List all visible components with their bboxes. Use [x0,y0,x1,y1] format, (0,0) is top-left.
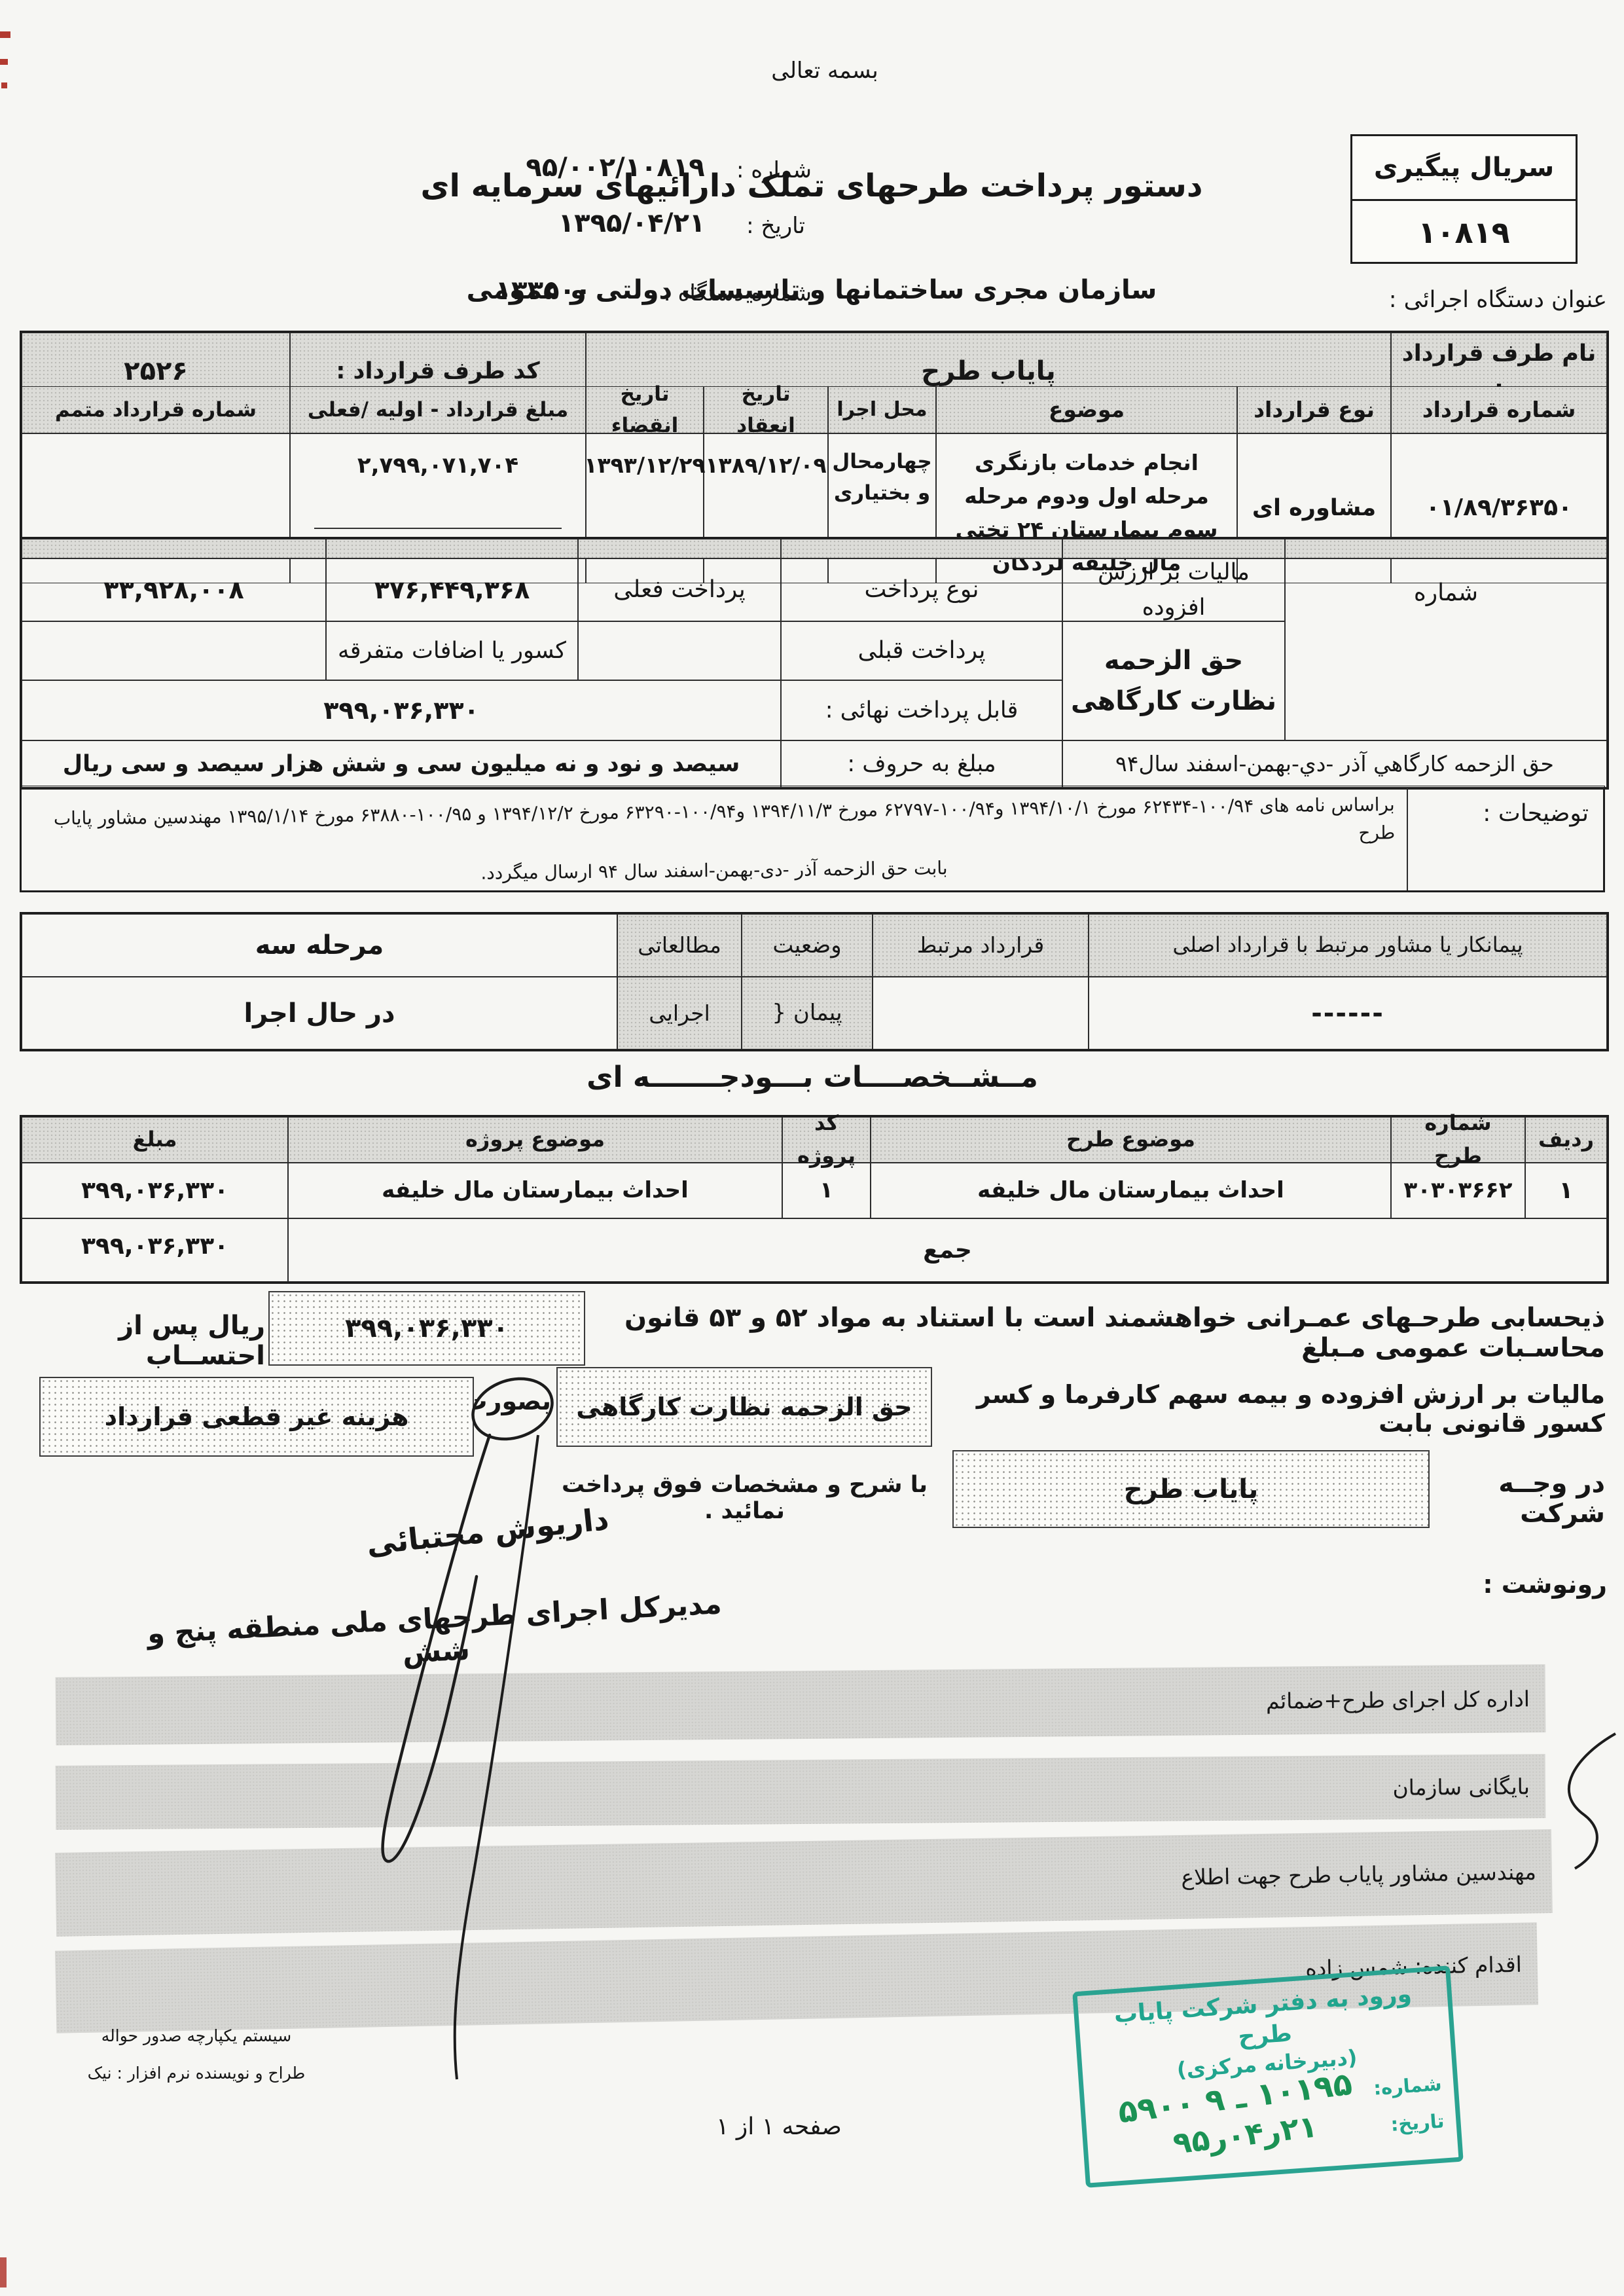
order-line2-text: مالیات بر ارزش افزوده و بیمه سهم کارفرما… [931,1380,1605,1438]
payment-strip-cell [326,539,578,558]
cc-item-label: بایگانی سازمان [1392,1774,1530,1800]
related-contract-header: قرارداد مرتبط [873,914,1089,977]
budget-amount: ۳۹۹,۰۳۶,۳۳۰ [22,1163,288,1218]
budget-project-subject: احداث بیمارستان مال خلیفه [288,1163,782,1218]
device-number-label: شماره دستگاه : [622,280,812,306]
cc-item-row: مهندسین مشاور پایاب طرح جهت اطلاع [55,1829,1553,1937]
serial-tracking-label: سریال پیگیری [1352,136,1576,201]
payment-strip-cell [22,539,326,558]
contract-col-header: شماره قرارداد متمم [22,386,290,433]
payment-deductions-label: کسور یا اضافات متفرقه [326,621,578,680]
footer-system-line1: سیستم یکپارچه صدور حواله [92,2026,301,2045]
related-contract-table: پیمانکار یا مشاور مرتبط با قرارداد اصلی … [20,912,1609,1051]
notes-line1: براساس نامه های ۱۰۰/۹۴-۶۲۴۳۴ مورخ ۱۳۹۴/۱… [33,790,1396,862]
contract-amount-divider [314,528,562,529]
notes-box: توضیحات : براساس نامه های ۱۰۰/۹۴-۶۲۴۳۴ م… [20,786,1605,892]
contract-col-header: محل اجرا [828,386,936,433]
exec-device-label: عنوان دستگاه اجرائی : [1384,287,1607,313]
budget-col-header: مبلغ [22,1117,288,1163]
related-study-header: مطالعاتی [617,914,742,977]
doc-date-value: ۱۳۹۵/۰۴/۲۱ [547,208,717,238]
payment-final-value: ۳۹۹,۰۳۶,۳۳۰ [22,680,781,740]
payment-type-header: نوع پرداخت [781,558,1062,621]
payment-type-detail: حق الزحمه کارگاهي آذر -دي-بهمن-اسفند سال… [1062,740,1607,788]
contract-col-header: مبلغ قرارداد - اولیه /فعلی [290,386,586,433]
stamp-date-label: تاریخ: [1390,2109,1445,2136]
scan-red-mark [1,82,7,88]
cc-item-label: مهندسین مشاور پایاب طرح جهت اطلاع [1181,1859,1536,1890]
scan-red-mark [0,2257,7,2287]
payment-words-label: مبلغ به حروف : [781,740,1062,788]
order-line1-tail: ریال پس از احتســاب [72,1311,265,1371]
payment-table: نوع پرداخت شماره پرداخت فعلی ۳۷۶,۴۴۹,۳۶۸… [20,537,1609,790]
payment-final-label: قابل پرداخت نهائی : [781,680,1062,740]
payment-vat-value: ۳۳,۹۲۸,۰۰۸ [22,558,326,621]
contract-col-header: نوع قرارداد [1237,386,1391,433]
signatory-role: مدیرکل اجرای طرحهای ملی منطقه پنج و شش [120,1586,751,1685]
contract-table: شماره قرارداد نوع قرارداد موضوع محل اجرا… [20,386,1609,539]
payment-deductions-value [22,621,326,680]
order-line2-middle: بصورت [473,1387,551,1415]
doc-number-value: ۹۵/۰۰۲/۱۰۸۱۹ [517,153,713,183]
related-status-value: پیمان { [742,977,873,1049]
scan-red-mark [0,59,8,65]
budget-plan-subject: احداث بیمارستان مال خلیفه [871,1163,1391,1218]
cc-label: رونوشت : [1460,1570,1607,1599]
contract-col-header: موضوع [936,386,1237,433]
entry-stamp: ورود به دفتر شرکت پایاب طرح (دبیرخانه مر… [1072,1965,1464,2188]
budget-col-header: موضوع طرح [871,1117,1391,1163]
device-number-value: ۱۳۳۵۰۰ [475,276,612,306]
cc-item-label: اداره کل اجرای طرح+ضمائم [1266,1686,1530,1714]
budget-sum-value: ۳۹۹,۰۳۶,۳۳۰ [22,1218,288,1282]
payment-number-header: شماره [1285,558,1607,740]
bismillah-text: بسمه تعالی [740,58,910,84]
budget-col-header: ردیف [1525,1117,1607,1163]
serial-tracking-box: سریال پیگیری ۱۰۸۱۹ [1350,134,1578,264]
scan-red-mark [0,31,10,38]
scanned-payment-order-document: بسمه تعالی دستور پرداخت طرحهای تملک دارا… [0,0,1624,2296]
notes-label: توضیحات : [1407,788,1603,890]
related-status-header: وضعیت [742,914,873,977]
signatory-name: داریوش مجتبائی [362,1501,613,1561]
payment-type-value: حق الزحمه نظارت کارگاهی [1062,621,1285,740]
stamp-number-label: شماره: [1373,2072,1442,2099]
order-company-box: پایاب طرح [952,1450,1430,1528]
related-contractor-header: پیمانکار یا مشاور مرتبط با قرارداد اصلی [1089,914,1607,977]
related-contract-value [873,977,1089,1049]
payment-current-label: پرداخت فعلی [578,558,781,621]
budget-project-code: ۱ [782,1163,871,1218]
payment-previous-value [578,621,781,680]
order-amount-box: ۳۹۹,۰۳۶,۳۳۰ [268,1291,585,1366]
serial-tracking-value: ۱۰۸۱۹ [1352,201,1576,264]
budget-col-header: شماره طرح [1391,1117,1525,1163]
payment-vat-label: مالیات بر ارزش افزوده [1062,558,1285,621]
budget-row-no: ۱ [1525,1163,1607,1218]
related-study-value: اجرایی [617,977,742,1049]
payment-strip-cell [781,539,1062,558]
order-line3-text: در وجــه شرکت [1435,1468,1605,1529]
order-line1-text: ذیحسابی طرحـهای عمـرانی خواهشمند است با … [604,1303,1605,1363]
doc-date-label: تاریخ : [720,213,805,239]
payment-current-value: ۳۷۶,۴۴۹,۳۶۸ [326,558,578,621]
budget-plan-no: ۳۰۳۰۳۶۶۲ [1391,1163,1525,1218]
contract-amount-text: ۲,۷۹۹,۰۷۱,۷۰۴ [357,448,518,483]
budget-sum-label: جمع [288,1218,1607,1282]
page-number: صفحه ۱ از ۱ [674,2113,884,2140]
doc-number-label: شماره : [720,157,812,183]
budget-table: ردیف شماره طرح موضوع طرح کد پروژه موضوع … [20,1115,1609,1284]
order-subject-box: حق الزحمه نظارت کارگاهی [556,1367,932,1447]
related-stage-value: در حال اجرا [22,977,617,1049]
order-type-box: هزینه غیر قطعی قرارداد [39,1377,474,1457]
payment-words-value: سیصد و نود و نه میلیون سی و شش هزار سیصد… [22,740,781,788]
payment-strip-cell [578,539,781,558]
related-contractor-value: ------ [1089,977,1607,1049]
budget-section-title: مــشــخصــــات بـــودجـــــــه ای [20,1061,1605,1094]
cc-item-row: بایگانی سازمان [56,1754,1546,1830]
budget-col-header: موضوع پروژه [288,1117,782,1163]
payment-previous-label: پرداخت قبلی [781,621,1062,680]
budget-col-header: کد پروژه [782,1117,871,1163]
checkmark-swoosh-stroke [1569,1734,1615,1868]
contract-col-header: تاریخ انقضاء [586,386,704,433]
contract-col-header: شماره قرارداد [1391,386,1607,433]
cc-item-row: اداره کل اجرای طرح+ضمائم [56,1664,1546,1745]
stamp-title: ورود به دفتر شرکت پایاب طرح [1089,1978,1438,2063]
footer-system-line2: طراح و نویسنده نرم افزار : نیک [85,2064,308,2083]
payment-strip-cell [1285,539,1607,558]
contract-col-header: تاریخ انعقاد [704,386,828,433]
related-stage-header: مرحله سه [22,914,617,977]
